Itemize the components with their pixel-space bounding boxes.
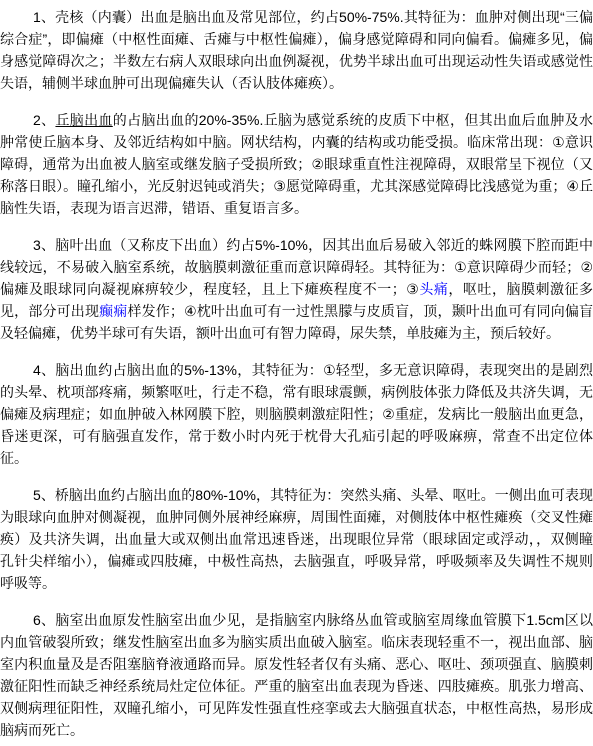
paragraph-3-lobar-hemorrhage: 3、脑叶出血（又称皮下出血）约占5%-10%，因其出血后易破入邻近的蛛网膜下腔而…: [0, 234, 593, 344]
paragraph-5-pontine-hemorrhage: 5、桥脑出血约占脑出血的80%-10%，其特征为：突然头痛、头晕、呕吐。一侧出血…: [0, 484, 593, 594]
text-run: 4、脑出血约占脑出血的5%-13%，其特征为：①轻型，多无意识障碍，表现突出的是…: [0, 362, 593, 466]
link-headache[interactable]: 头痛: [419, 281, 448, 297]
paragraph-2-thalamic-hemorrhage: 2、丘脑出血的占脑出血的20%-35%.丘脑为感觉系统的皮质下中枢，但其出血后血…: [0, 109, 593, 219]
text-run: 5、桥脑出血约占脑出血的80%-10%，其特征为：突然头痛、头晕、呕吐。一侧出血…: [0, 487, 593, 591]
text-run: 6、脑室出血原发性脑室出血少见，是指脑室内脉络丛血管或脑室周缘血管膜下1.5cm…: [0, 612, 593, 738]
article-cerebral-hemorrhage-types: 1、壳核（内囊）出血是脑出血及常见部位，约占50%-75%.其特征为：血肿对侧出…: [0, 0, 593, 741]
paragraph-6-ventricular-hemorrhage: 6、脑室出血原发性脑室出血少见，是指脑室内脉络丛血管或脑室周缘血管膜下1.5cm…: [0, 609, 593, 741]
text-run: 1、壳核（内囊）出血是脑出血及常见部位，约占50%-75%.其特征为：血肿对侧出…: [0, 9, 593, 91]
paragraph-4-cerebellar-hemorrhage: 4、脑出血约占脑出血的5%-13%，其特征为：①轻型，多无意识障碍，表现突出的是…: [0, 359, 593, 469]
link-thalamic-hemorrhage[interactable]: 丘脑出血: [55, 112, 112, 128]
text-run: 2、: [33, 112, 55, 128]
link-epilepsy[interactable]: 癫痫: [99, 303, 127, 319]
paragraph-1-putamen-hemorrhage: 1、壳核（内囊）出血是脑出血及常见部位，约占50%-75%.其特征为：血肿对侧出…: [0, 6, 593, 94]
